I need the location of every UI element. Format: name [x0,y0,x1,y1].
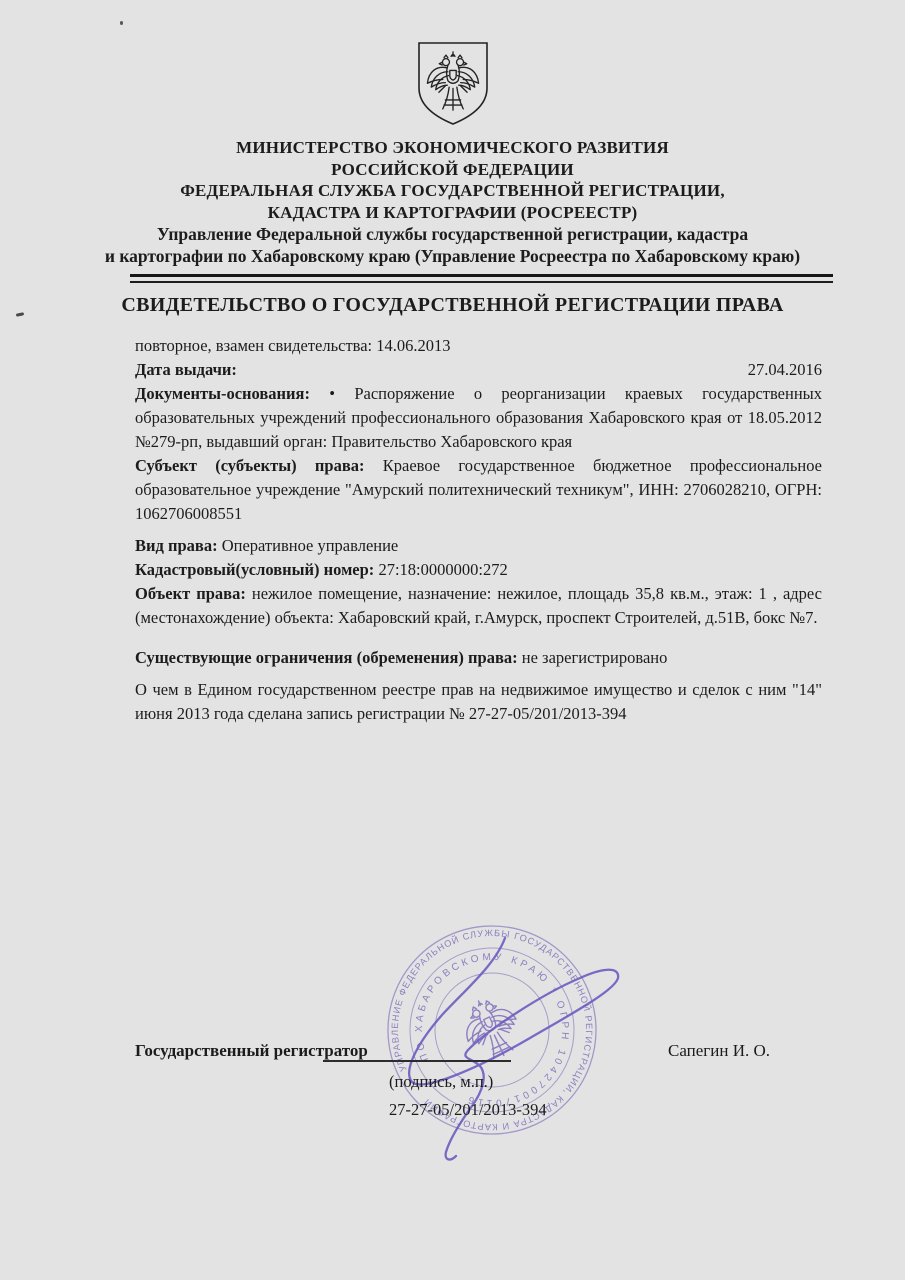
page-title: СВИДЕТЕЛЬСТВО О ГОСУДАРСТВЕННОЙ РЕГИСТРА… [0,294,905,317]
cadastral-row: Кадастровый(условный) номер: 27:18:00000… [135,558,822,582]
subject-label: Субъект (субъекты) права: [135,456,364,475]
basis-paragraph: Документы-основания: • Распоряжение о ре… [135,382,822,454]
office-line: Управление Федеральной службы государств… [0,223,905,245]
coat-of-arms-icon [413,40,493,128]
restrictions-row: Существующие ограничения (обременения) п… [135,646,822,670]
document-header: МИНИСТЕРСТВО ЭКОНОМИЧЕСКОГО РАЗВИТИЯ РОС… [0,40,905,267]
registration-number: 27-27-05/201/2013-394 [389,1100,547,1120]
ministry-line: МИНИСТЕРСТВО ЭКОНОМИЧЕСКОГО РАЗВИТИЯ [0,137,905,159]
issue-date-value: 27.04.2016 [748,358,822,382]
registrar-label: Государственный регистратор [135,1041,368,1061]
registrar-name: Сапегин И. О. [668,1041,770,1061]
duplicate-note: повторное, взамен свидетельства: 14.06.2… [135,334,822,358]
signature-line [323,1060,511,1062]
office-line: и картографии по Хабаровскому краю (Упра… [0,245,905,267]
restrictions-label: Существующие ограничения (обременения) п… [135,648,518,667]
object-label: Объект права: [135,584,246,603]
registrar-signature [380,920,642,1182]
right-type-row: Вид права: Оперативное управление [135,534,822,558]
cadastral-label: Кадастровый(условный) номер: [135,560,374,579]
issue-date-row: Дата выдачи: 27.04.2016 [135,358,822,382]
ministry-line: РОССИЙСКОЙ ФЕДЕРАЦИИ [0,159,905,181]
coat-of-arms [413,40,493,133]
scan-speck [120,21,123,25]
registry-note: О чем в Едином государственном реестре п… [135,678,822,726]
ministry-line: ФЕДЕРАЛЬНАЯ СЛУЖБА ГОСУДАРСТВЕННОЙ РЕГИС… [0,180,905,202]
certificate-document: МИНИСТЕРСТВО ЭКОНОМИЧЕСКОГО РАЗВИТИЯ РОС… [0,0,905,1280]
double-rule [130,274,833,283]
subject-paragraph: Субъект (субъекты) права: Краевое госуда… [135,454,822,526]
document-body: повторное, взамен свидетельства: 14.06.2… [135,334,822,726]
ministry-line: КАДАСТРА И КАРТОГРАФИИ (РОСРЕЕСТР) [0,202,905,224]
basis-label: Документы-основания: [135,384,310,403]
right-type-label: Вид права: [135,536,218,555]
right-type-value: Оперативное управление [222,536,399,555]
signature-caption: (подпись, м.п.) [389,1072,493,1092]
object-paragraph: Объект права: нежилое помещение, назначе… [135,582,822,630]
issue-date-label: Дата выдачи: [135,358,237,382]
cadastral-value: 27:18:0000000:272 [378,560,507,579]
restrictions-value: не зарегистрировано [522,648,668,667]
